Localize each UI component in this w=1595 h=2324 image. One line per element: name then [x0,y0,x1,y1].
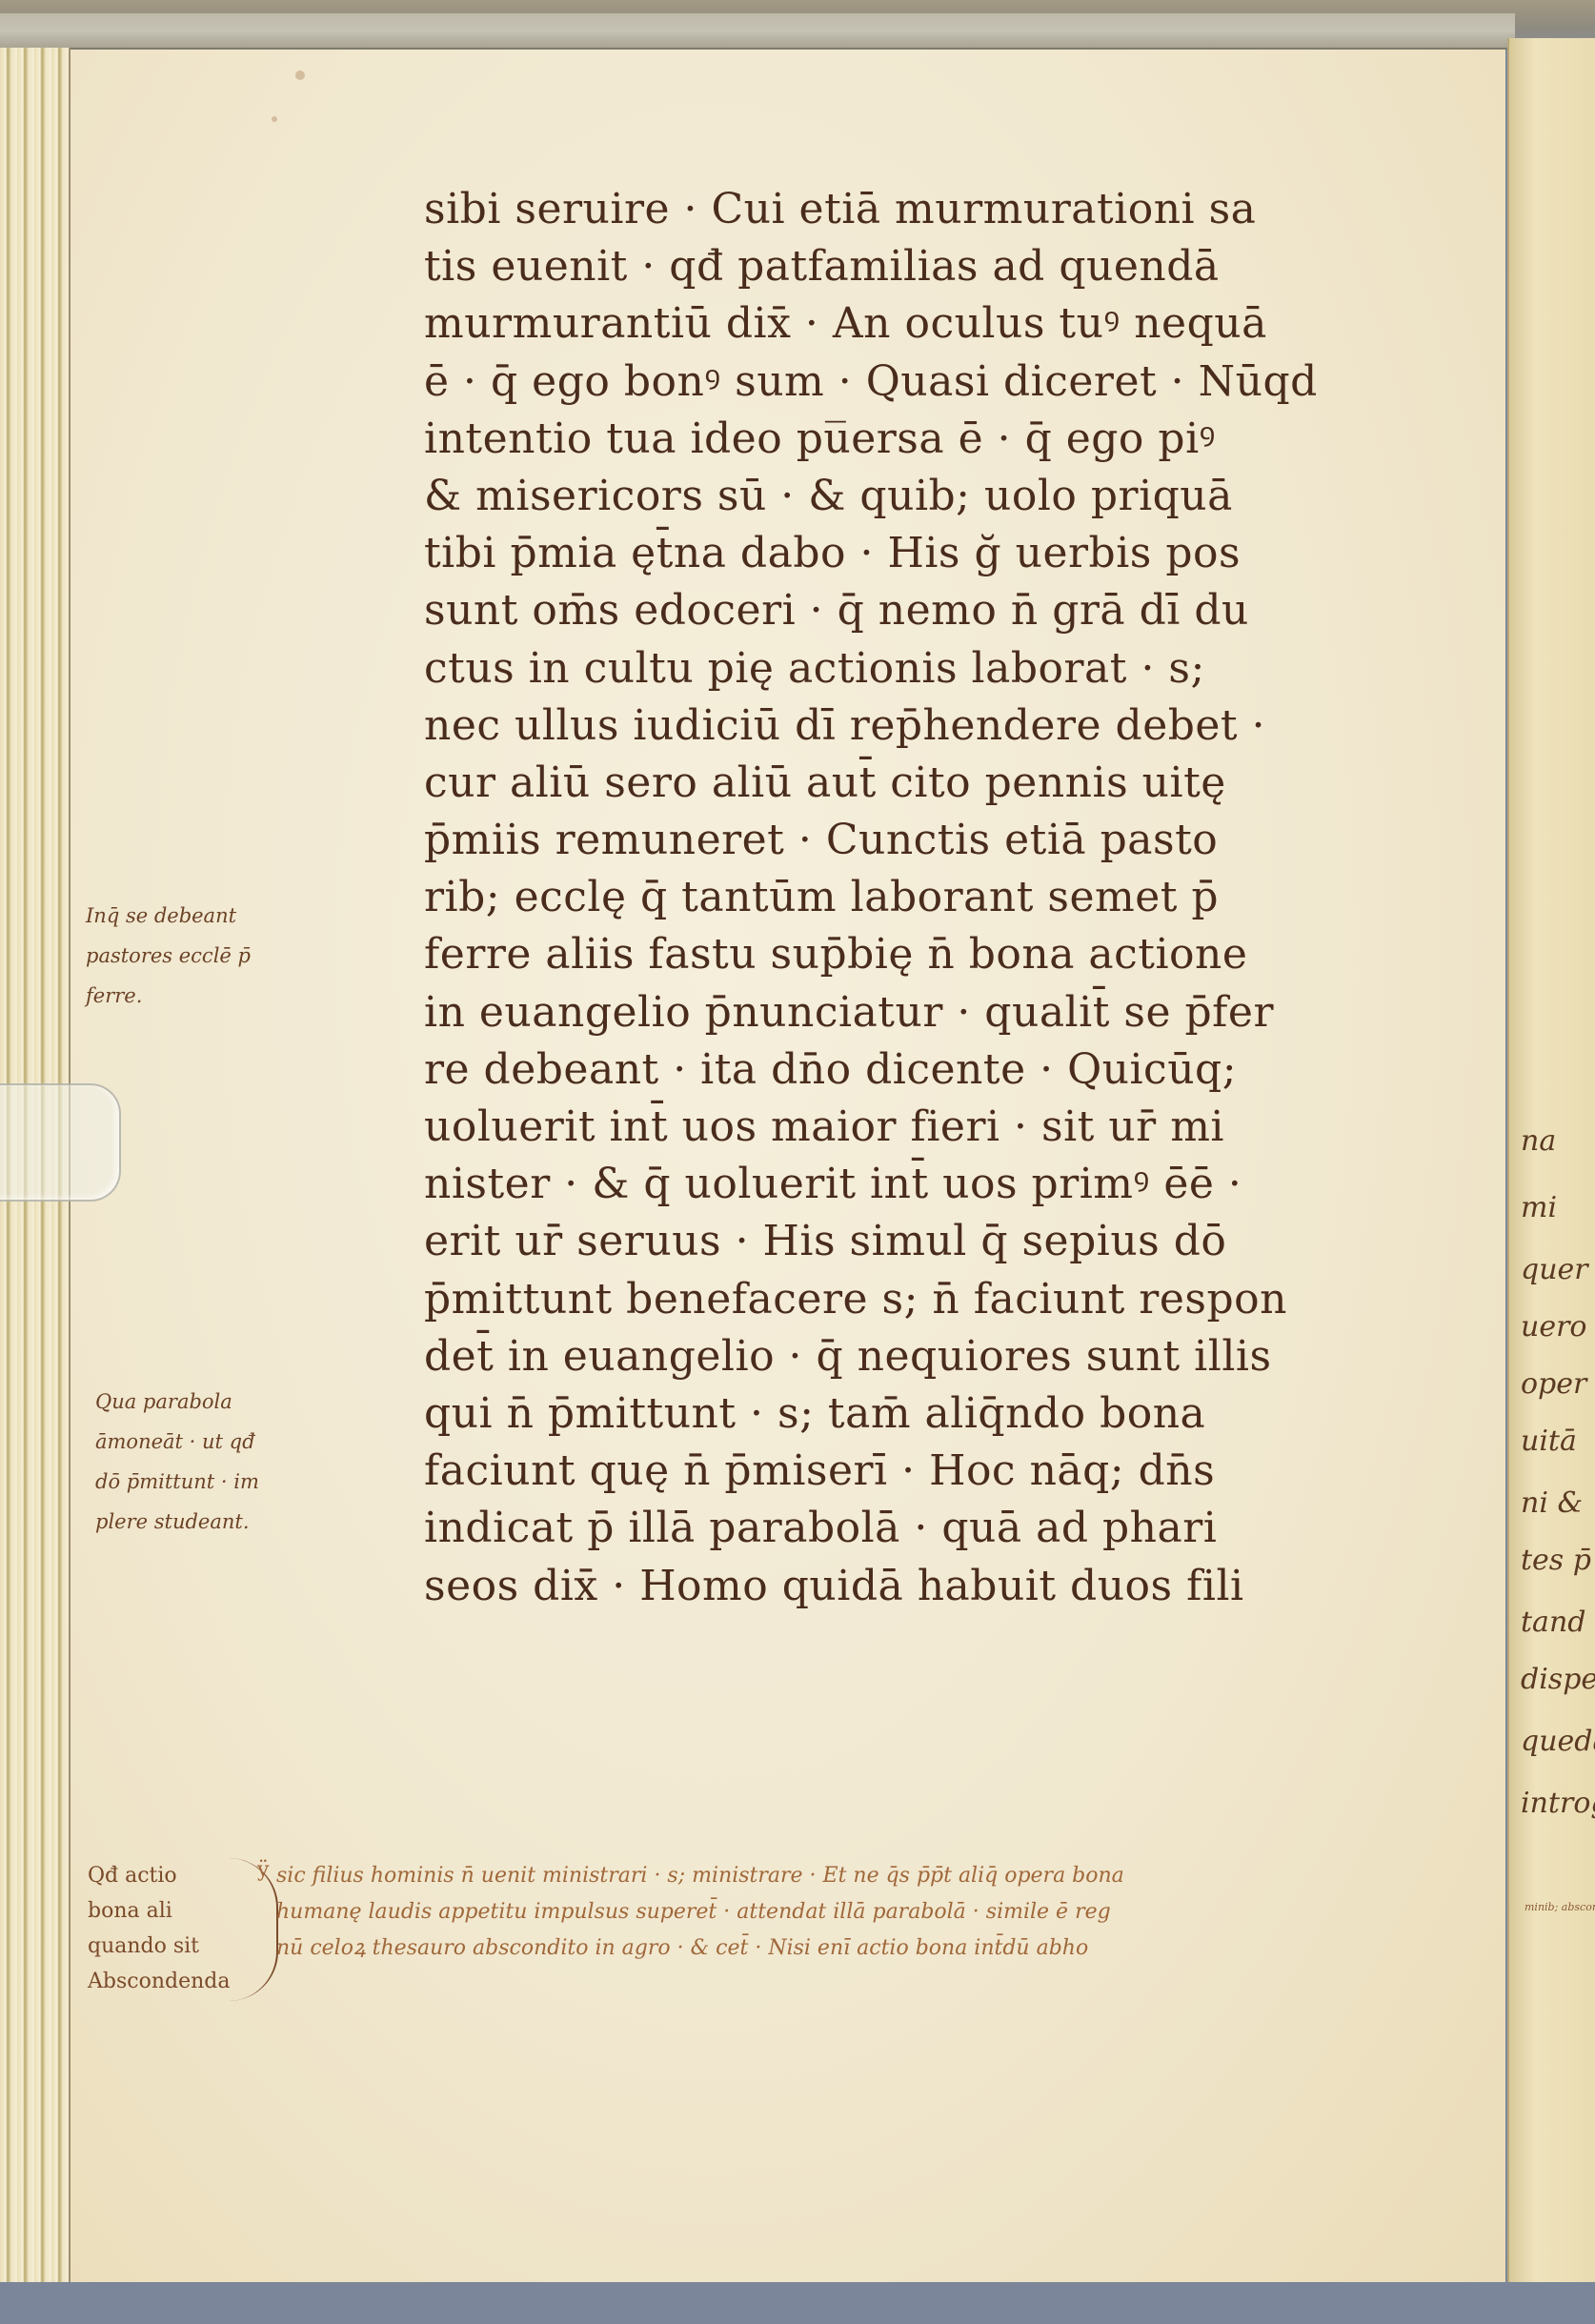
text-line: uoluerit int̄ uos maior fieri · sit ur̄ … [424,1099,1501,1156]
facing-fragment: uero [1521,1310,1586,1344]
text-line: p̄mittunt benefacere s; n̄ faciunt respo… [424,1271,1501,1328]
ink-stain [295,71,305,80]
text-line: erit ur̄ seruus · His simul q̄ sepius dō [424,1213,1501,1270]
facing-fragment: mi [1521,1191,1557,1224]
margin-note-pastores: Inq̄ se debeant pastores ecclē p̄ ferre. [86,896,251,1016]
facing-fragment: dispe [1521,1663,1595,1696]
ink-stain [272,116,277,122]
facing-fragment: oper [1521,1367,1586,1401]
text-line: re debeant · ita dn̄o dicente · Quicūq; [424,1041,1501,1099]
gloss-line: sic filius hominis n̄ uenit ministrari ·… [276,1858,1505,1894]
text-line: in euangelio p̄nunciatur · qualit̄ se p̄… [424,984,1501,1041]
text-line: & misericors sū · & quib; uolo priquā [424,468,1501,525]
margin-note-line: āmoneāt · ut qđ [95,1422,259,1462]
bottom-gloss: sic filius hominis n̄ uenit ministrari ·… [276,1858,1505,1967]
text-line: murmurantiū dix̄ · An oculus tuꝰ nequā [424,295,1501,353]
text-line: seos dix̄ · Homo quidā habuit duos fili [424,1558,1501,1615]
margin-note-line: ferre. [86,976,251,1016]
facing-margin-note: minib; abscondere [1524,1901,1595,1913]
text-line: nec ullus iudiciū dī rep̄hendere debet · [424,697,1501,755]
margin-note-line: Qua parabola [95,1382,259,1422]
margin-note-parabola: Qua parabola āmoneāt · ut qđ dō p̄mittun… [95,1382,259,1542]
facing-fragment: ni & [1521,1486,1583,1520]
text-line: det̄ in euangelio · q̄ nequiores sunt il… [424,1328,1501,1385]
text-line: cur aliū sero aliū aut̄ cito pennis uitę [424,755,1501,812]
gloss-heading-line: Qđ actio [88,1858,230,1893]
signe-de-renvoi: ÿ [257,1858,269,1882]
gloss-line: humanę laudis appetitu impulsus superet̄… [276,1894,1505,1930]
facing-fragment: introg [1521,1787,1595,1820]
facing-fragment: na [1521,1124,1556,1158]
text-line: p̄miis remuneret · Cunctis etiā pasto [424,812,1501,869]
gloss-heading-line: quando sit [88,1929,230,1964]
bottom-gloss-heading: Qđ actio bona ali quando sit Abscondenda [88,1858,230,1999]
text-line: qui n̄ p̄mittunt · s; tam̄ aliq̄ndo bona [424,1385,1501,1443]
book-cover-edge [0,13,1515,50]
text-line: tibi p̄mia ęt̄na dabo · His ğ uerbis pos [424,525,1501,582]
page-clip [0,1083,121,1202]
facing-fragment: quer [1521,1253,1588,1286]
text-line: faciunt quę n̄ p̄miserī · Hoc nāq; dn̄s [424,1443,1501,1500]
facing-fragment: uitā [1521,1425,1577,1458]
text-line: ferre aliis fastu sup̄bię n̄ bona action… [424,926,1501,983]
main-text-block: sibi seruire · Cui etiā murmurationi sa … [424,181,1501,1615]
margin-note-line: plere studeant. [95,1502,259,1542]
margin-note-line: dō p̄mittunt · im [95,1462,259,1502]
facing-page: na mi quer uero oper uitā ni & tes p̄ ta… [1507,38,1595,2287]
text-line: ctus in cultu pię actionis laborat · s; [424,640,1501,697]
facing-fragment: queda [1521,1725,1595,1758]
text-line: sibi seruire · Cui etiā murmurationi sa [424,181,1501,238]
text-line: nister · & q̄ uoluerit int̄ uos primꝰ ēē… [424,1156,1501,1213]
gloss-line: nū celoꝝ thesauro abscondito in agro · &… [276,1930,1505,1967]
gloss-heading-line: Abscondenda [88,1964,230,1999]
facing-fragment: tes p̄ [1521,1544,1591,1577]
margin-note-line: pastores ecclē p̄ [86,936,251,976]
facing-fragment: tand [1521,1606,1585,1639]
text-line: ē · q̄ ego bonꝰ sum · Quasi diceret · Nū… [424,354,1501,411]
text-line: indicat p̄ illā parabolā · quā ad phari [424,1500,1501,1557]
gloss-heading-line: bona ali [88,1893,230,1929]
text-line: intentio tua ideo pu̅ersa ē · q̄ ego piꝰ [424,411,1501,468]
text-line: rib; ecclę q̄ tantūm laborant semet p̄ [424,869,1501,926]
text-line: tis euenit · qđ patfamilias ad quendā [424,238,1501,295]
margin-note-line: Inq̄ se debeant [86,896,251,936]
background-bottom [0,2282,1595,2324]
text-line: sunt om̄s edoceri · q̄ nemo n̄ grā dī du [424,582,1501,639]
